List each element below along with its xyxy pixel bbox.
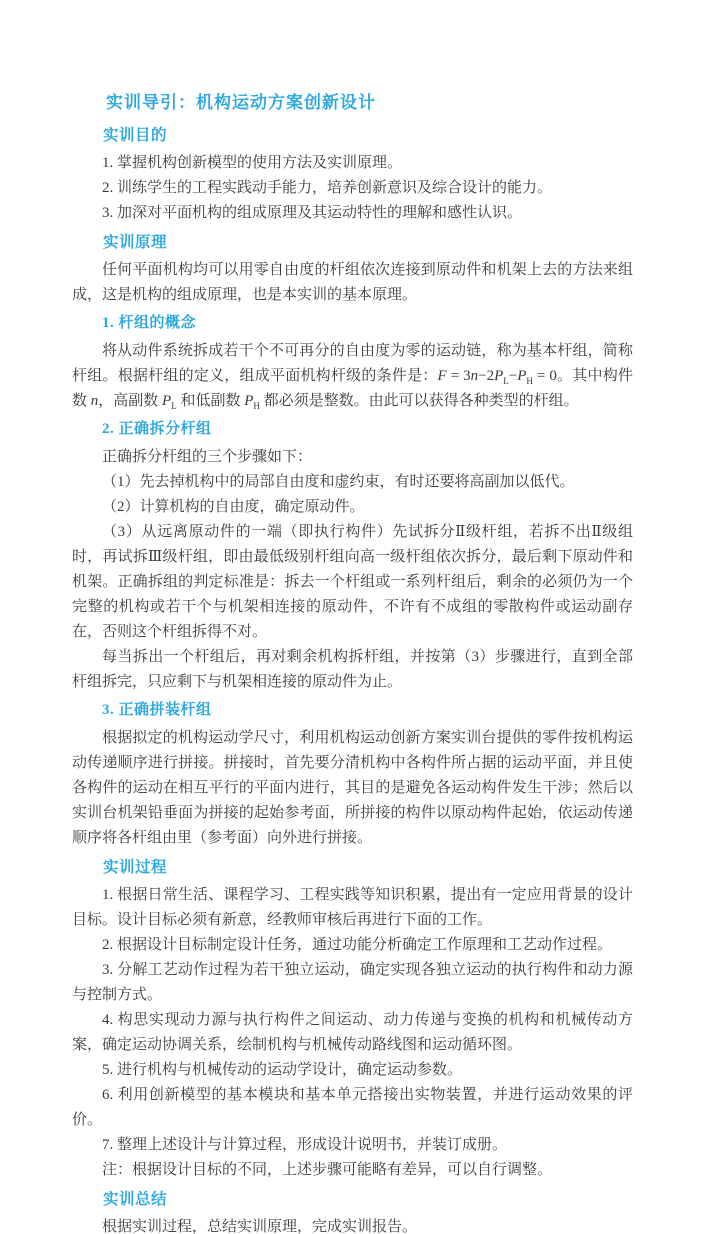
- process-step-3: 3. 分解工艺动作过程为若干独立运动，确定实现各独立运动的执行构件和动力源与控制…: [72, 958, 633, 1008]
- process-step-1: 1. 根据日常生活、课程学习、工程实践等知识积累，提出有一定应用背景的设计目标。…: [72, 883, 633, 933]
- document-page: 实训导引：机构运动方案创新设计 实训目的 1. 掌握机构创新模型的使用方法及实训…: [0, 0, 721, 1234]
- purpose-item-2: 2. 训练学生的工程实践动手能力，培养创新意识及综合设计的能力。: [72, 176, 633, 201]
- formula-var-n: n: [471, 368, 479, 384]
- process-step-5: 5. 进行机构与机械传动的运动学设计，确定运动参数。: [72, 1058, 633, 1083]
- heading-training-principle: 实训原理: [72, 230, 633, 255]
- subheading-rod-group-concept: 1. 杆组的概念: [72, 311, 633, 336]
- subheading-correct-decomposition: 2. 正确拆分杆组: [72, 417, 633, 442]
- formula-segment: 和低副数: [177, 393, 245, 409]
- formula-segment: −: [509, 368, 517, 384]
- summary-paragraph: 根据实训过程，总结实训原理，完成实训报告。: [72, 1215, 633, 1234]
- heading-training-summary: 实训总结: [72, 1187, 633, 1212]
- doc-title: 实训导引：机构运动方案创新设计: [72, 90, 633, 115]
- decomposition-note: 每当拆出一个杆组后，再对剩余机构拆杆组，并按第（3）步骤进行，直到全部杆组拆完，…: [72, 645, 633, 695]
- formula-var-P: P: [494, 368, 503, 384]
- formula-segment: = 3: [447, 368, 471, 384]
- purpose-item-3: 3. 加深对平面机构的组成原理及其运动特性的理解和感性认识。: [72, 201, 633, 226]
- heading-training-purpose: 实训目的: [72, 123, 633, 148]
- process-step-6: 6. 利用创新模型的基本模块和基本单元搭接出实物装置，并进行运动效果的评价。: [72, 1083, 633, 1133]
- principle-intro-paragraph: 任何平面机构均可以用零自由度的杆组依次连接到原动件和机架上去的方法来组成，这是机…: [72, 258, 633, 308]
- formula-segment: −2: [478, 368, 494, 384]
- decomposition-step-2: （2）计算机构的自由度，确定原动件。: [72, 495, 633, 520]
- assembly-paragraph: 根据拟定的机构运动学尺寸，利用机构运动创新方案实训台提供的零件按机构运动传递顺序…: [72, 726, 633, 851]
- heading-training-process: 实训过程: [72, 855, 633, 880]
- formula-var-P: P: [244, 393, 253, 409]
- process-note: 注：根据设计目标的不同，上述步骤可能略有差异，可以自行调整。: [72, 1158, 633, 1183]
- formula-segment: 都必须是整数。由此可以获得各种类型的杆组。: [260, 393, 579, 409]
- decomposition-intro: 正确拆分杆组的三个步骤如下：: [72, 445, 633, 470]
- rod-group-concept-paragraph: 将从动件系统拆成若干个不可再分的自由度为零的运动链，称为基本杆组，简称杆组。根据…: [72, 339, 633, 414]
- decomposition-step-1: （1）先去掉机构中的局部自由度和虚约束，有时还要将高副加以低代。: [72, 470, 633, 495]
- decomposition-step-3: （3）从远离原动件的一端（即执行构件）先试拆分Ⅱ级杆组，若拆不出Ⅱ级组时，再试拆…: [72, 520, 633, 645]
- subheading-correct-assembly: 3. 正确拼装杆组: [72, 698, 633, 723]
- formula-var-P: P: [162, 393, 171, 409]
- process-step-2: 2. 根据设计目标制定设计任务，通过功能分析确定工作原理和工艺动作过程。: [72, 933, 633, 958]
- purpose-item-1: 1. 掌握机构创新模型的使用方法及实训原理。: [72, 151, 633, 176]
- formula-var-F: F: [438, 368, 447, 384]
- process-step-4: 4. 构思实现动力源与执行构件之间运动、动力传递与变换的机构和机械传动方案，确定…: [72, 1008, 633, 1058]
- formula-segment: ，高副数: [98, 393, 162, 409]
- process-step-7: 7. 整理上述设计与计算过程，形成设计说明书，并装订成册。: [72, 1133, 633, 1158]
